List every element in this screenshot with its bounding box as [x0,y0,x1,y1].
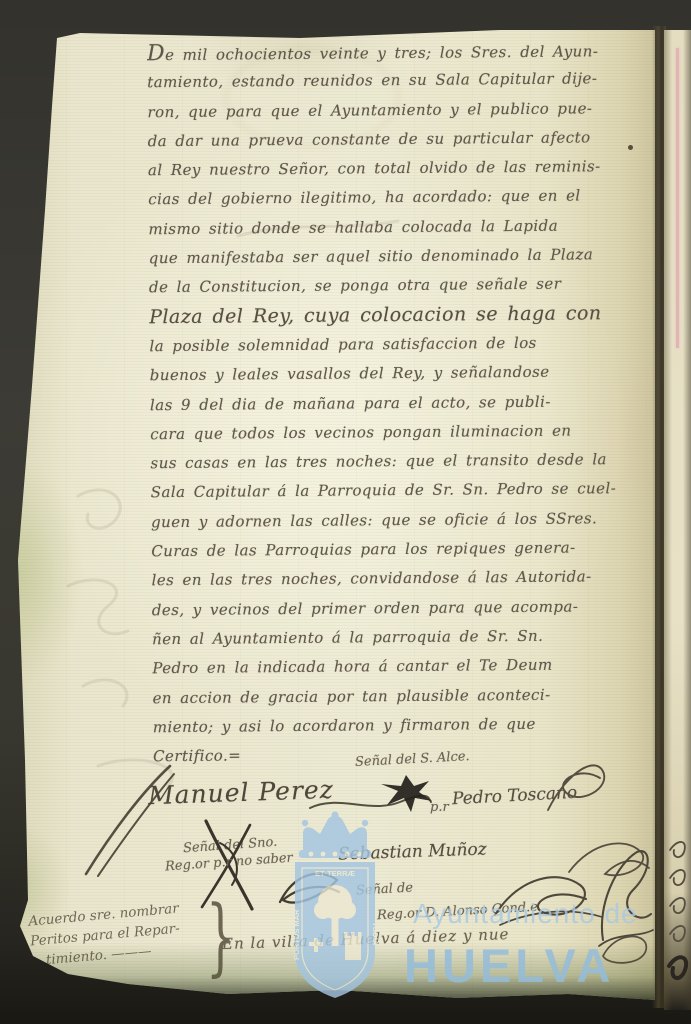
closing-line-flourish [598,924,656,976]
manuscript-line: que manifestaba ser aquel sitio denomina… [149,240,654,274]
manuscript-line: ron, que para que el Ayuntamiento y el p… [147,93,652,127]
mark-note-2: Señal de [356,881,414,899]
manuscript-line: guen y adornen las calles: que se oficie… [151,504,656,538]
signature-proxy-prefix: p.r [430,800,449,815]
manuscript-line: Sala Capitular á la Parroquia de Sr. Sn.… [151,474,656,508]
manuscript-line: les en las tres noches, convidandose á l… [151,562,656,596]
manuscript-line: Pedro en la indicada hora á cantar el Te… [152,650,657,684]
manuscript-line: mismo sitio donde se hallaba colocada la… [148,211,653,245]
manuscript-line: tamiento, estando reunidos en su Sala Ca… [147,64,652,98]
manuscript-line: Plaza del Rey, cuya colocacion se haga c… [149,298,654,332]
next-page-writing-fragments [664,830,691,1000]
archive-photo: De mil ochocientos veinte y tres; los Sr… [0,0,691,1024]
marginal-note: Acuerdo sre. nombrar Peritos para el Rep… [28,899,183,972]
marginal-note-brace: } [206,886,235,986]
manuscript-line: da dar una prueva constante de su partic… [148,123,653,157]
scribble-mark [275,862,347,916]
manuscript-text-block: De mil ochocientos veinte y tres; los Sr… [147,35,658,772]
manuscript-line: en accion de gracia por tan plausible ac… [152,679,657,713]
manuscript-line: Curas de las Parroquias para los repique… [151,533,656,567]
toscano-rubric [542,748,614,818]
manuscript-line: las 9 del dia de mañana para el acto, se… [150,386,655,420]
manuscript-line: des, y vecinos del primer orden para que… [152,591,657,625]
pink-ribbon-line [676,48,679,348]
rubric-flourish-1 [490,865,610,933]
manuscript-line: ñen al Ayuntamiento á la parroquia de Sr… [152,621,657,655]
ink-blot [380,774,434,818]
next-page-edge [664,30,691,1010]
manuscript-page: De mil ochocientos veinte y tres; los Sr… [8,26,658,1004]
manuscript-line: sus casas en las tres noches: que el tra… [150,445,655,479]
manuscript-line: cias del gobierno ilegitimo, ha acordado… [148,181,653,215]
manuscript-line: al Rey nuestro Señor, con total olvido d… [148,152,653,186]
signature-slash-flourish [80,760,178,878]
manuscript-line: De mil ochocientos veinte y tres; los Sr… [147,35,652,69]
manuscript-line: de la Constitucion, se ponga otra que se… [149,269,654,303]
marginal-note-line: timiento. ——— [31,938,183,971]
manuscript-line: miento; y asi lo acordaron y firmaron de… [153,709,658,743]
manuscript-line: buenos y leales vasallos del Rey, y seña… [150,357,655,391]
manuscript-line: la posible solemnidad para satisfaccion … [149,328,654,362]
manuscript-line: cara que todos los vecinos pongan ilumin… [150,416,655,450]
